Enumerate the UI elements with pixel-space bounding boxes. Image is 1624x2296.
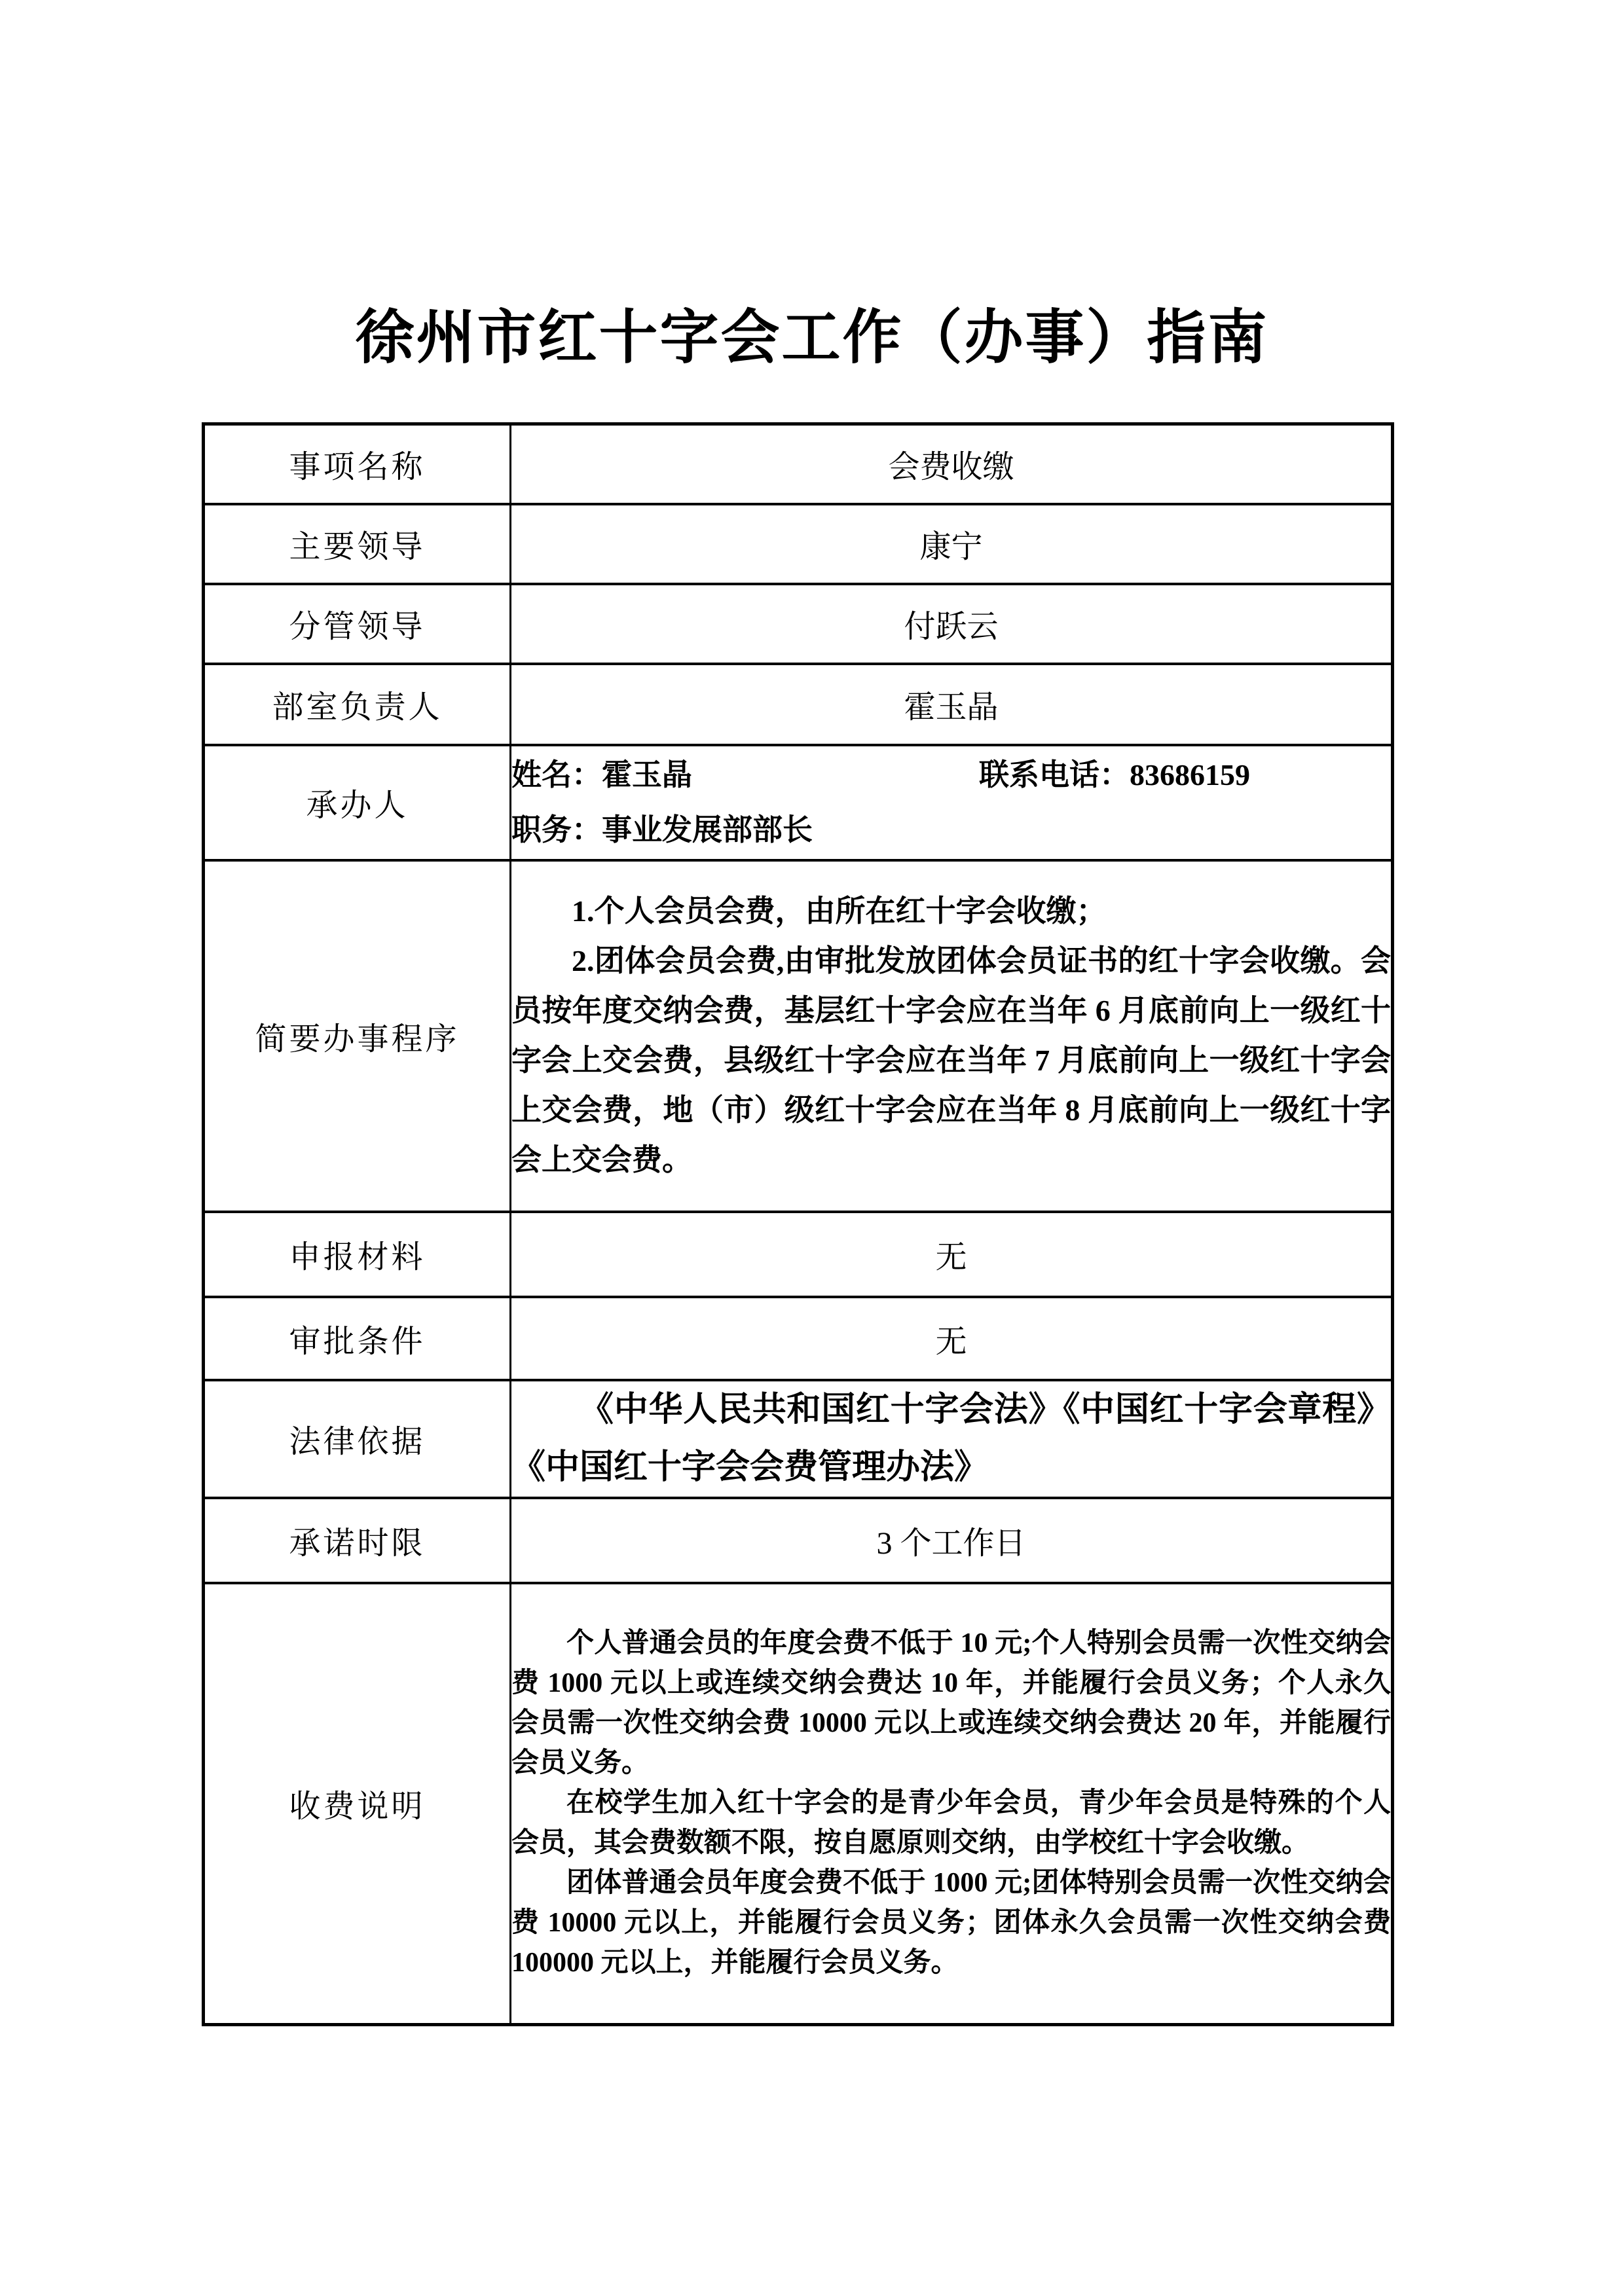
row-value-application-materials: 无 <box>511 1212 1393 1297</box>
table-row: 分管领导 付跃云 <box>204 584 1393 664</box>
row-label-deputy-leader: 分管领导 <box>204 584 511 664</box>
handler-name-line: 姓名：霍玉晶 联系电话：83686159 <box>511 748 1391 803</box>
row-value-department-head: 霍玉晶 <box>511 664 1393 745</box>
row-label-promised-time-limit: 承诺时限 <box>204 1498 511 1583</box>
table-row: 事项名称 会费收缴 <box>204 424 1393 504</box>
row-value-deputy-leader: 付跃云 <box>511 584 1393 664</box>
table-row: 法律依据 《中华人民共和国红十字会法》《中国红十字会章程》《中国红十字会会费管理… <box>204 1380 1393 1498</box>
table-row: 承诺时限 3 个工作日 <box>204 1498 1393 1583</box>
table-row: 简要办事程序 1.个人会员会费，由所在红十字会收缴； 2.团体会员会费,由审批发… <box>204 860 1393 1212</box>
handler-name: 姓名：霍玉晶 <box>511 758 692 792</box>
row-value-handler: 姓名：霍玉晶 联系电话：83686159 职务：事业发展部部长 <box>511 745 1393 860</box>
guide-table: 事项名称 会费收缴 主要领导 康宁 分管领导 付跃云 部室负责人 霍玉晶 承办人… <box>202 422 1394 2026</box>
row-value-main-leader: 康宁 <box>511 504 1393 584</box>
row-value-fee-description: 个人普通会员的年度会费不低于 10 元;个人特别会员需一次性交纳会费 1000 … <box>511 1583 1393 2025</box>
table-row: 主要领导 康宁 <box>204 504 1393 584</box>
document-title: 徐州市红十字会工作（办事）指南 <box>0 296 1624 381</box>
table-row: 承办人 姓名：霍玉晶 联系电话：83686159 职务：事业发展部部长 <box>204 745 1393 860</box>
handler-phone: 联系电话：83686159 <box>979 748 1250 803</box>
document-page: 徐州市红十字会工作（办事）指南 事项名称 会费收缴 主要领导 康宁 分管领导 付… <box>0 0 1624 2296</box>
row-value-procedure: 1.个人会员会费，由所在红十字会收缴； 2.团体会员会费,由审批发放团体会员证书… <box>511 860 1393 1212</box>
table-row: 部室负责人 霍玉晶 <box>204 664 1393 745</box>
row-label-department-head: 部室负责人 <box>204 664 511 745</box>
legal-basis-text: 《中华人民共和国红十字会法》《中国红十字会章程》《中国红十字会会费管理办法》 <box>511 1381 1391 1497</box>
row-label-handler: 承办人 <box>204 745 511 860</box>
fee-paragraph-1: 个人普通会员的年度会费不低于 10 元;个人特别会员需一次性交纳会费 1000 … <box>511 1624 1391 1783</box>
row-label-approval-conditions: 审批条件 <box>204 1297 511 1380</box>
row-label-item-name: 事项名称 <box>204 424 511 504</box>
fee-paragraph-2: 在校学生加入红十字会的是青少年会员，青少年会员是特殊的个人会员，其会费数额不限，… <box>511 1783 1391 1863</box>
handler-duty: 职务：事业发展部部长 <box>511 803 1391 858</box>
row-value-item-name: 会费收缴 <box>511 424 1393 504</box>
row-label-application-materials: 申报材料 <box>204 1212 511 1297</box>
row-label-main-leader: 主要领导 <box>204 504 511 584</box>
table-row: 申报材料 无 <box>204 1212 1393 1297</box>
table-row: 审批条件 无 <box>204 1297 1393 1380</box>
fee-paragraph-3: 团体普通会员年度会费不低于 1000 元;团体特别会员需一次性交纳会费 1000… <box>511 1863 1391 1983</box>
procedure-paragraph-1: 1.个人会员会费，由所在红十字会收缴； <box>511 886 1391 936</box>
row-value-approval-conditions: 无 <box>511 1297 1393 1380</box>
row-value-legal-basis: 《中华人民共和国红十字会法》《中国红十字会章程》《中国红十字会会费管理办法》 <box>511 1380 1393 1498</box>
row-label-legal-basis: 法律依据 <box>204 1380 511 1498</box>
row-value-promised-time-limit: 3 个工作日 <box>511 1498 1393 1583</box>
table-row: 收费说明 个人普通会员的年度会费不低于 10 元;个人特别会员需一次性交纳会费 … <box>204 1583 1393 2025</box>
row-label-fee-description: 收费说明 <box>204 1583 511 2025</box>
procedure-paragraph-2: 2.团体会员会费,由审批发放团体会员证书的红十字会收缴。会员按年度交纳会费，基层… <box>511 936 1391 1185</box>
row-label-procedure: 简要办事程序 <box>204 860 511 1212</box>
